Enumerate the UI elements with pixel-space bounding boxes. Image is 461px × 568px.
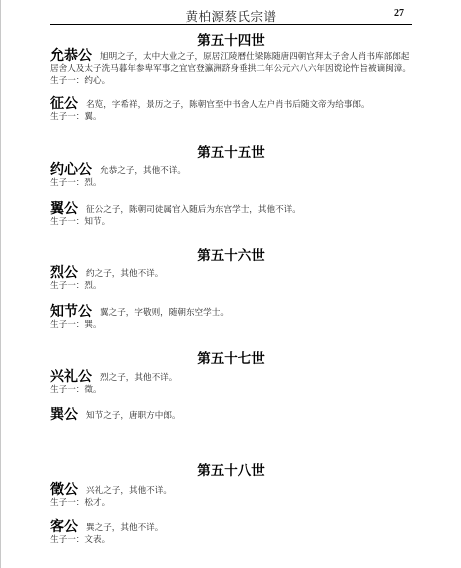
- person-description: 名览，字希祥，景历之子，陈朝官至中书舍人左户肖书后随文帝为给事郎。: [86, 100, 370, 110]
- person-description: 巽之子，其他不详。: [86, 523, 163, 533]
- person-description-continued: 居舍人及太子洗马暮年参卑军事之宜官登瀛洲跻身垂拱二年公元六八六年因谠论忤旨被谪闽…: [50, 63, 415, 75]
- genealogy-entry: 知节公翼之子，字敬则，随朝东空学士。 生子一：巽。: [50, 306, 415, 331]
- generation-heading-54: 第五十四世: [50, 29, 412, 49]
- person-name: 征公: [50, 96, 78, 112]
- person-name: 知节公: [50, 304, 92, 320]
- children-line: 生子一：巽。: [50, 319, 415, 331]
- children-line: 生子一：烈。: [50, 177, 415, 189]
- person-name: 客公: [50, 519, 78, 535]
- generation-heading-55: 第五十五世: [50, 141, 412, 161]
- person-name: 允恭公: [50, 48, 92, 64]
- genealogy-entry: 约心公允恭之子，其他不详。 生子一：烈。: [50, 164, 415, 189]
- generation-heading-58: 第五十八世: [50, 459, 412, 479]
- person-description: 兴礼之子，其他不详。: [86, 486, 172, 496]
- person-name: 翼公: [50, 201, 78, 217]
- generation-heading-56: 第五十六世: [50, 244, 412, 264]
- person-description: 约之子，其他不详。: [86, 269, 163, 279]
- genealogy-entry: 兴礼公烈之子，其他不详。 生子一：徵。: [50, 371, 415, 396]
- page-header: 黄柏源蔡氏宗谱 27: [50, 6, 412, 25]
- person-description: 知节之子，唐职方中郎。: [86, 411, 181, 421]
- children-line: 生子一：翼。: [50, 111, 415, 123]
- genealogy-entry: 客公巽之子，其他不详。 生子一：文表。: [50, 521, 415, 546]
- person-name: 徵公: [50, 482, 78, 498]
- genealogy-entry: 烈公约之子，其他不详。 生子一：烈。: [50, 267, 415, 292]
- genealogy-entry: 允恭公旭明之子，太中大业之子，原居江陵曆仕梁陈随唐四朝官拜太子舍人肖书库部郎起 …: [50, 50, 415, 87]
- person-name: 约心公: [50, 162, 92, 178]
- person-description: 允恭之子，其他不详。: [100, 166, 186, 176]
- person-name: 烈公: [50, 265, 78, 281]
- person-description: 翼之子，字敬则，随朝东空学士。: [100, 308, 229, 318]
- genealogy-entry: 徵公兴礼之子，其他不详。 生子一：松才。: [50, 484, 415, 509]
- genealogy-entry: 翼公征公之子，陈朝司徒属官入随后为东宫学士，其他不详。 生子一：知节。: [50, 203, 415, 228]
- children-line: 生子一：文表。: [50, 534, 415, 546]
- generation-heading-57: 第五十七世: [50, 347, 412, 367]
- person-description: 征公之子，陈朝司徒属官入随后为东宫学士，其他不详。: [86, 205, 301, 215]
- person-name: 兴礼公: [50, 369, 92, 385]
- children-line: 生子一：徵。: [50, 384, 415, 396]
- genealogy-entry: 征公名览，字希祥，景历之子，陈朝官至中书舍人左户肖书后随文帝为给事郎。 生子一：…: [50, 98, 415, 123]
- page-number: 27: [394, 8, 404, 19]
- document-title: 黄柏源蔡氏宗谱: [50, 7, 412, 25]
- person-name: 巽公: [50, 407, 78, 423]
- children-line: 生子一：烈。: [50, 280, 415, 292]
- person-description: 烈之子，其他不详。: [100, 373, 177, 383]
- children-line: 生子一：松才。: [50, 497, 415, 509]
- children-line: 生子一：约心。: [50, 75, 415, 87]
- person-description: 旭明之子，太中大业之子，原居江陵曆仕梁陈随唐四朝官拜太子舍人肖书库部郎起: [100, 52, 409, 62]
- genealogy-entry: 巽公知节之子，唐职方中郎。: [50, 409, 415, 422]
- page-left-edge: [0, 0, 1, 568]
- children-line: 生子一：知节。: [50, 216, 415, 228]
